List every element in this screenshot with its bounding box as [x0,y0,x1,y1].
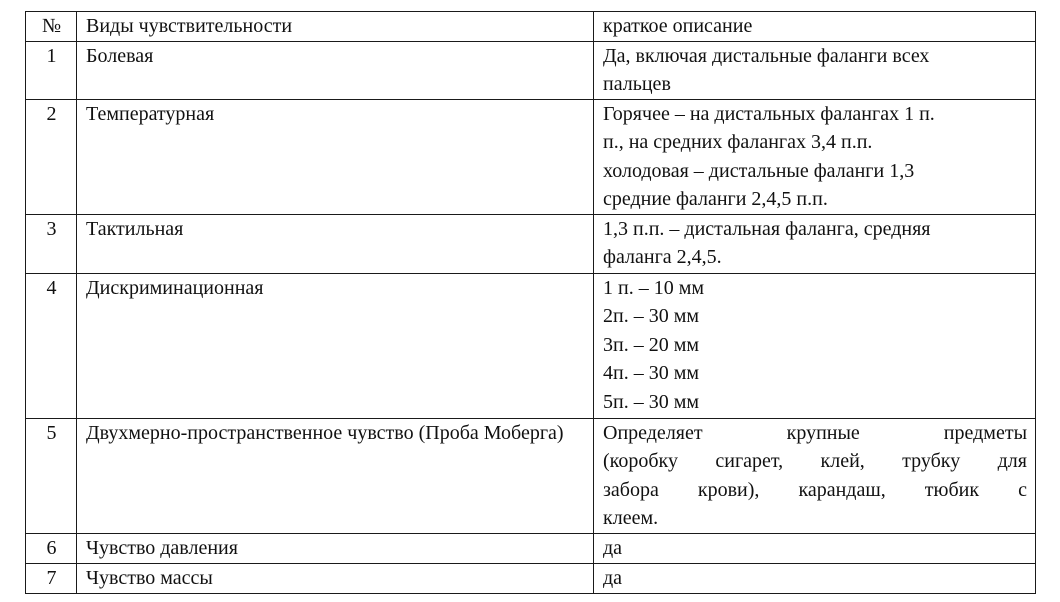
description-line: средние фаланги 2,4,5 п.п. [603,185,1027,214]
description-line: Определяеткрупныепредметы [603,419,1027,448]
description-line: пальцев [603,70,1027,99]
row-type: Чувство давления [77,533,594,563]
table-row: 6 Чувство давления да [26,533,1036,563]
description-line: Горячее – на дистальных фалангах 1 п. [603,100,1027,129]
row-description: Горячее – на дистальных фалангах 1 п. п.… [594,99,1036,214]
table-row: 7 Чувство массы да [26,563,1036,593]
description-line: п., на средних фалангах 3,4 п.п. [603,128,1027,157]
description-line: фаланга 2,4,5. [603,243,1027,272]
header-description: краткое описание [594,12,1036,42]
row-description: Да, включая дистальные фаланги всех паль… [594,41,1036,99]
row-description: да [594,563,1036,593]
table-row: 5 Двухмерно-пространственное чувство (Пр… [26,418,1036,533]
header-type: Виды чувствительности [77,12,594,42]
description-line: (коробкусигарет,клей,трубкудля [603,447,1027,476]
description-line: 1,3 п.п. – дистальная фаланга, средняя [603,215,1027,244]
description-line: да [603,534,1027,563]
table-row: 3 Тактильная 1,3 п.п. – дистальная фалан… [26,214,1036,273]
row-description: Определяеткрупныепредметы (коробкусигаре… [594,418,1036,533]
row-description: 1 п. – 10 мм 2п. – 30 мм 3п. – 20 мм 4п.… [594,273,1036,418]
row-number: 6 [26,533,77,563]
description-line: клеем. [603,504,1027,533]
description-line: 1 п. – 10 мм [603,274,1027,303]
description-line: 3п. – 20 мм [603,331,1027,360]
row-type: Чувство массы [77,563,594,593]
sensitivity-table: № Виды чувствительности краткое описание… [25,11,1036,594]
table-row: 4 Дискриминационная 1 п. – 10 мм 2п. – 3… [26,273,1036,418]
row-number: 2 [26,99,77,214]
description-line: 4п. – 30 мм [603,359,1027,388]
table-row: 1 Болевая Да, включая дистальные фаланги… [26,41,1036,99]
row-type: Болевая [77,41,594,99]
description-line: Да, включая дистальные фаланги всех [603,42,1027,71]
description-line: холодовая – дистальные фаланги 1,3 [603,157,1027,186]
row-type: Дискриминационная [77,273,594,418]
row-description: 1,3 п.п. – дистальная фаланга, средняя ф… [594,214,1036,273]
row-number: 4 [26,273,77,418]
table-header-row: № Виды чувствительности краткое описание [26,12,1036,42]
row-number: 7 [26,563,77,593]
description-line: да [603,564,1027,593]
row-number: 1 [26,41,77,99]
row-description: да [594,533,1036,563]
header-number: № [26,12,77,42]
description-line: заборакрови),карандаш,тюбикс [603,476,1027,505]
row-type: Тактильная [77,214,594,273]
row-number: 3 [26,214,77,273]
row-type: Температурная [77,99,594,214]
description-line: 5п. – 30 мм [603,388,1027,417]
table-row: 2 Температурная Горячее – на дистальных … [26,99,1036,214]
row-type: Двухмерно-пространственное чувство (Проб… [77,418,594,533]
description-line: 2п. – 30 мм [603,302,1027,331]
row-number: 5 [26,418,77,533]
